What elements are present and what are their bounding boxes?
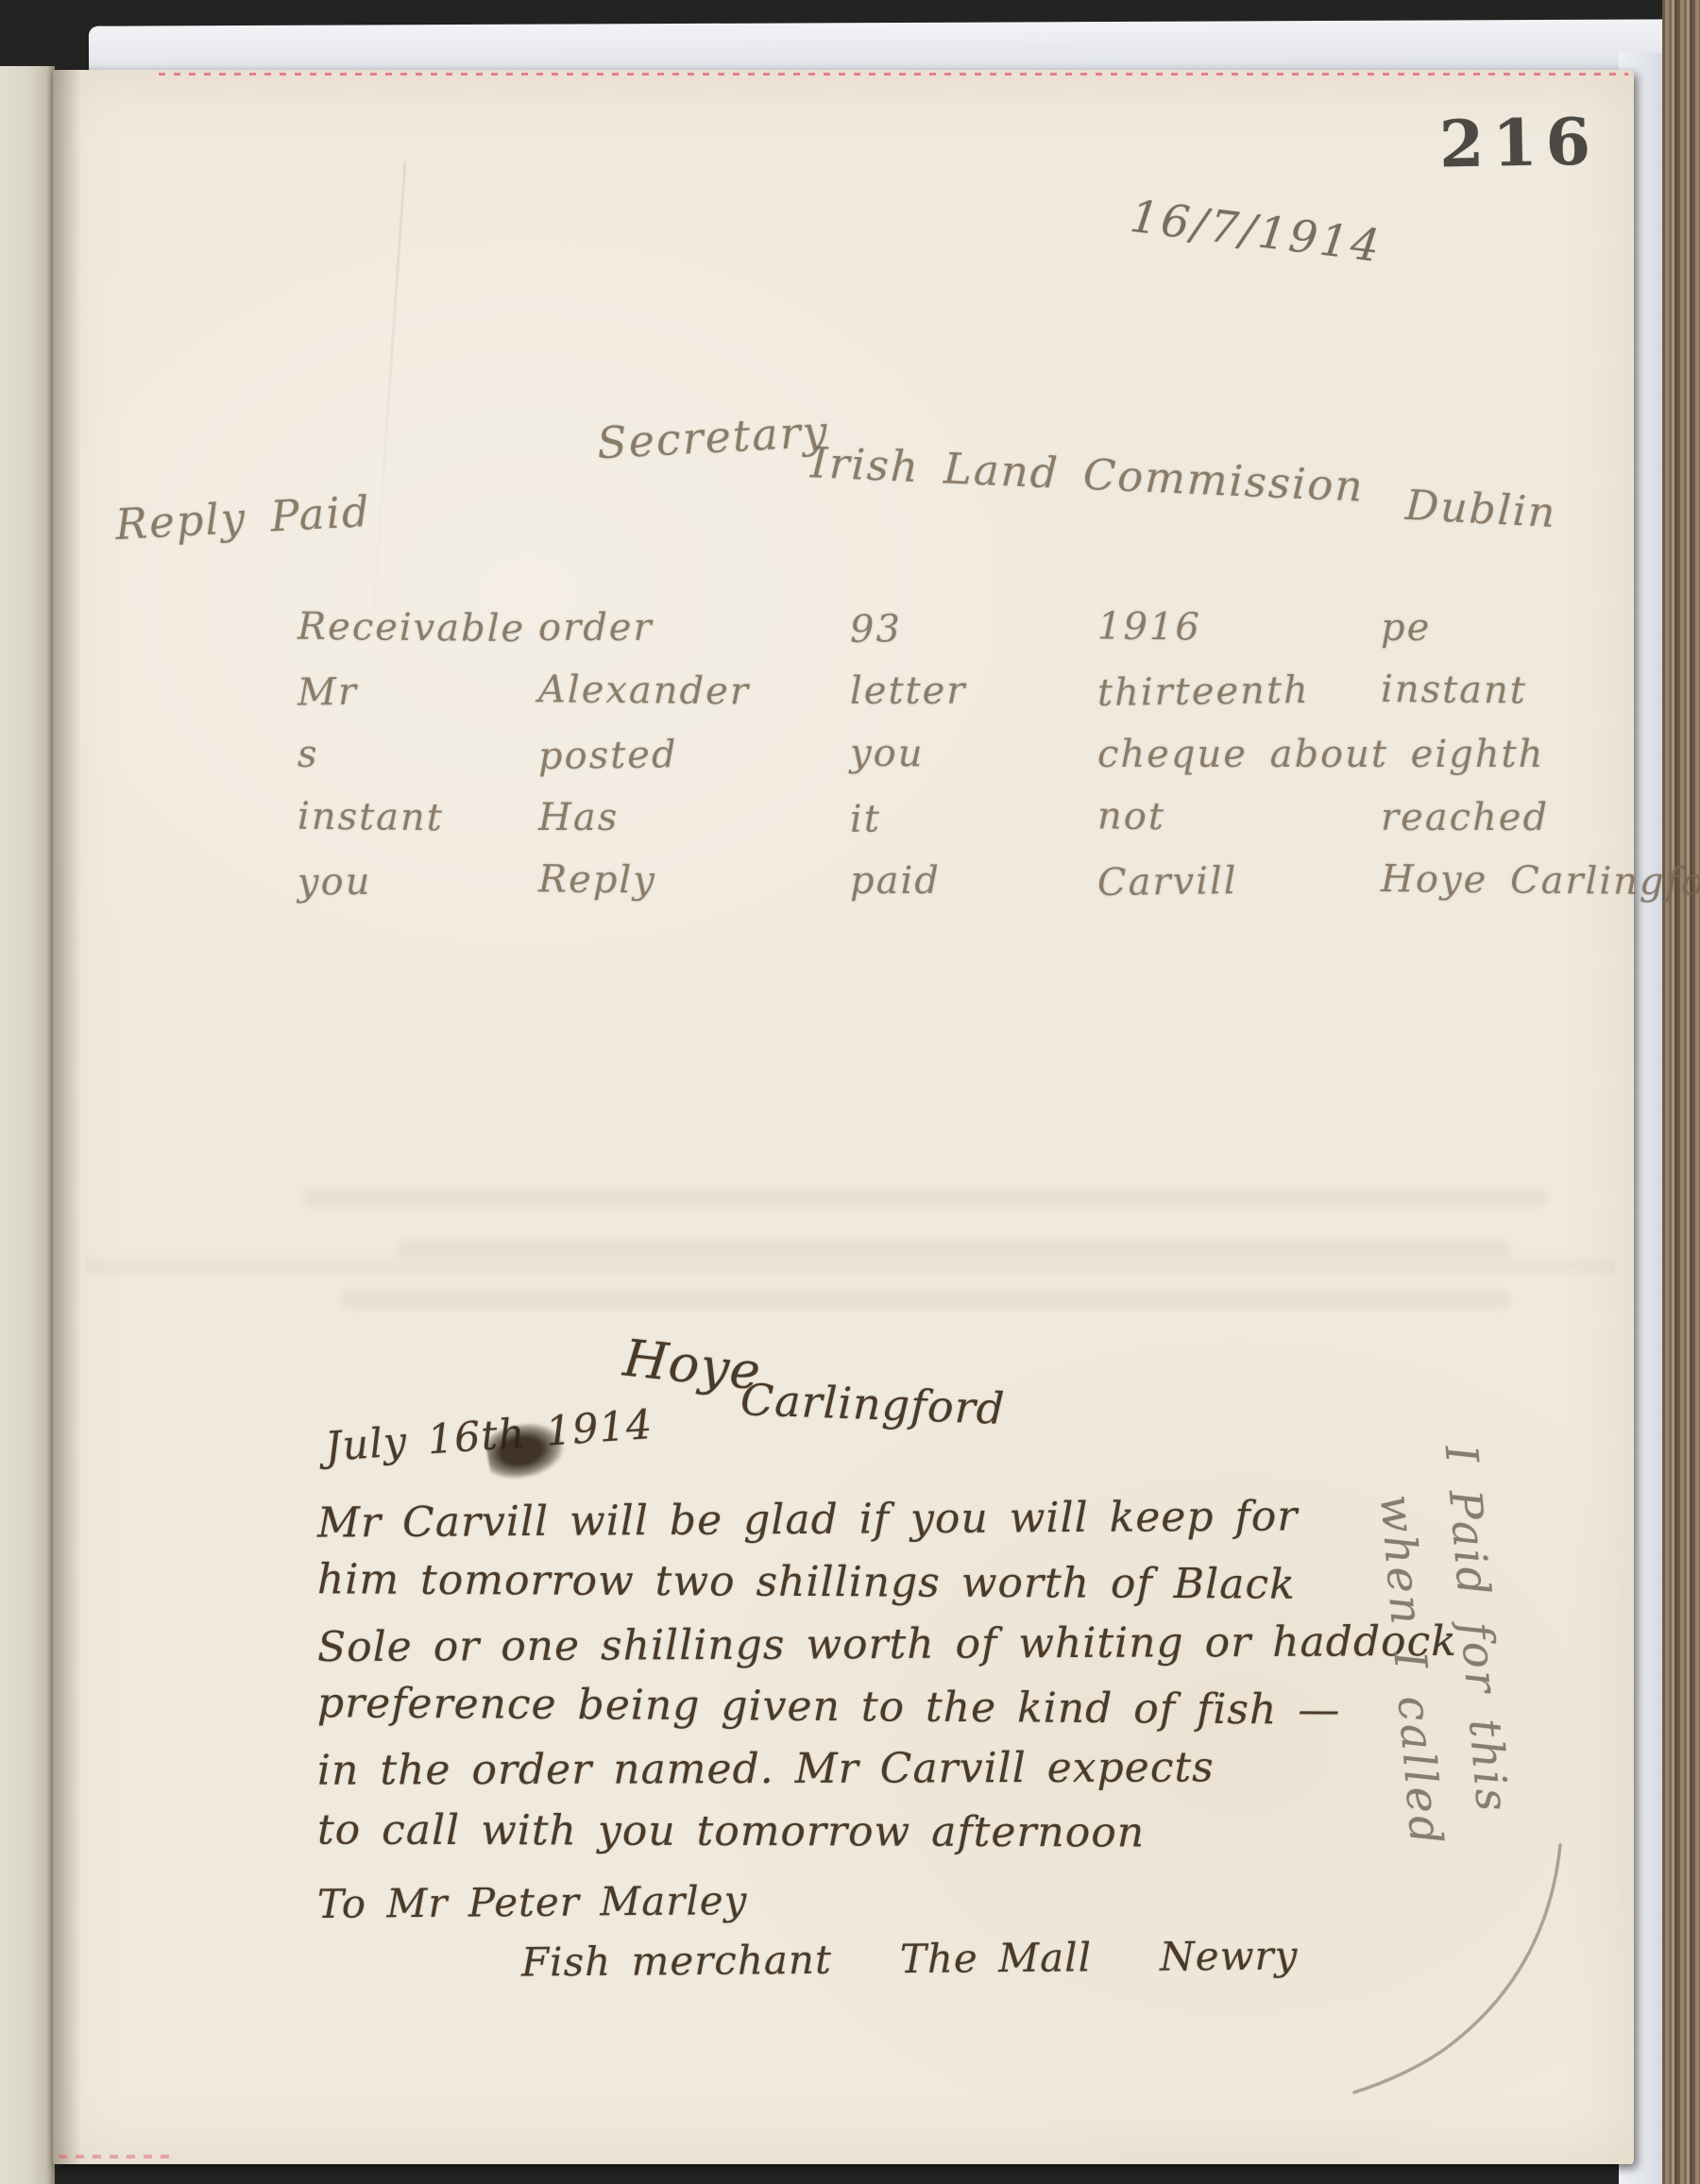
ink-bleedthrough	[397, 1239, 1511, 1258]
addressee-occupation: Fish merchant	[521, 1937, 832, 1986]
telegram-word-grid: Receivable order 93 1916 pe Mr Alexander…	[297, 606, 1601, 908]
letter-body-line: preference being given to the kind of fi…	[317, 1679, 1341, 1735]
telegram-word: you	[850, 732, 1098, 784]
addressee-street: The Mall	[900, 1934, 1093, 1982]
telegram-recipient-city: Dublin	[1404, 482, 1558, 537]
telegram-word: cheque about eighth	[1097, 733, 1381, 782]
telegram-word	[1381, 730, 1700, 784]
telegram-word: Has	[538, 796, 850, 845]
telegram-word: instant	[1381, 668, 1700, 720]
telegram-word: Alexander	[538, 668, 851, 720]
telegram-word: Carvill	[1097, 857, 1382, 910]
red-ruled-top-line	[159, 73, 1628, 76]
telegram-word: Mr	[297, 668, 539, 720]
letter-addressee: To Mr Peter Marley	[317, 1877, 748, 1927]
telegram-word: s	[297, 733, 538, 782]
telegram-word: it	[850, 794, 1098, 847]
telegram-word: Receivable	[297, 605, 539, 657]
letter-addressee-address: Fish merchant The Mall Newry	[521, 1932, 1299, 1985]
telegram-word: reached	[1381, 796, 1700, 845]
letter-body-line: to call with you tomorrow afternoon	[317, 1805, 1145, 1856]
telegram-word: 93	[850, 604, 1098, 657]
book-page-edges	[1662, 0, 1700, 2184]
telegram-word: pe	[1381, 606, 1700, 655]
telegram-word: letter	[850, 669, 1097, 719]
letter-body-line: him tomorrow two shillings worth of Blac…	[317, 1555, 1296, 1608]
telegram-word: instant	[297, 795, 539, 847]
telegram-word: order	[538, 606, 850, 655]
telegram-word: Hoye Carlingford	[1381, 857, 1700, 910]
letter-body-line: Sole or one shillings worth of whiting o…	[317, 1617, 1457, 1671]
addressee-town: Newry	[1160, 1932, 1299, 1979]
telegram-word: paid	[850, 859, 1097, 908]
previous-page-edge	[0, 66, 55, 2184]
gutter-shadow	[53, 70, 81, 2164]
telegram-word: 1916	[1097, 604, 1382, 656]
ink-bleedthrough	[340, 1290, 1511, 1309]
letter-heading-place: Carlingford	[739, 1374, 1006, 1434]
telegram-word: Reply	[538, 857, 851, 909]
red-ruled-bottom-mark	[59, 2155, 172, 2159]
ink-bleedthrough	[302, 1188, 1549, 1207]
letter-body-line: Mr Carvill will be glad if you will keep…	[317, 1492, 1299, 1547]
letterbook-scan: 216 16/7/1914 Secretary Irish Land Commi…	[0, 0, 1700, 2184]
telegram-word: you	[297, 857, 539, 910]
page-number-stamp: 216	[1438, 105, 1599, 183]
pencil-flourish-stroke	[1303, 1832, 1587, 2106]
telegram-word: not	[1097, 794, 1382, 846]
telegram-word: thirteenth	[1097, 668, 1382, 720]
telegram-word: posted	[538, 731, 851, 785]
letter-body-line: in the order named. Mr Carvill expects	[317, 1743, 1215, 1794]
